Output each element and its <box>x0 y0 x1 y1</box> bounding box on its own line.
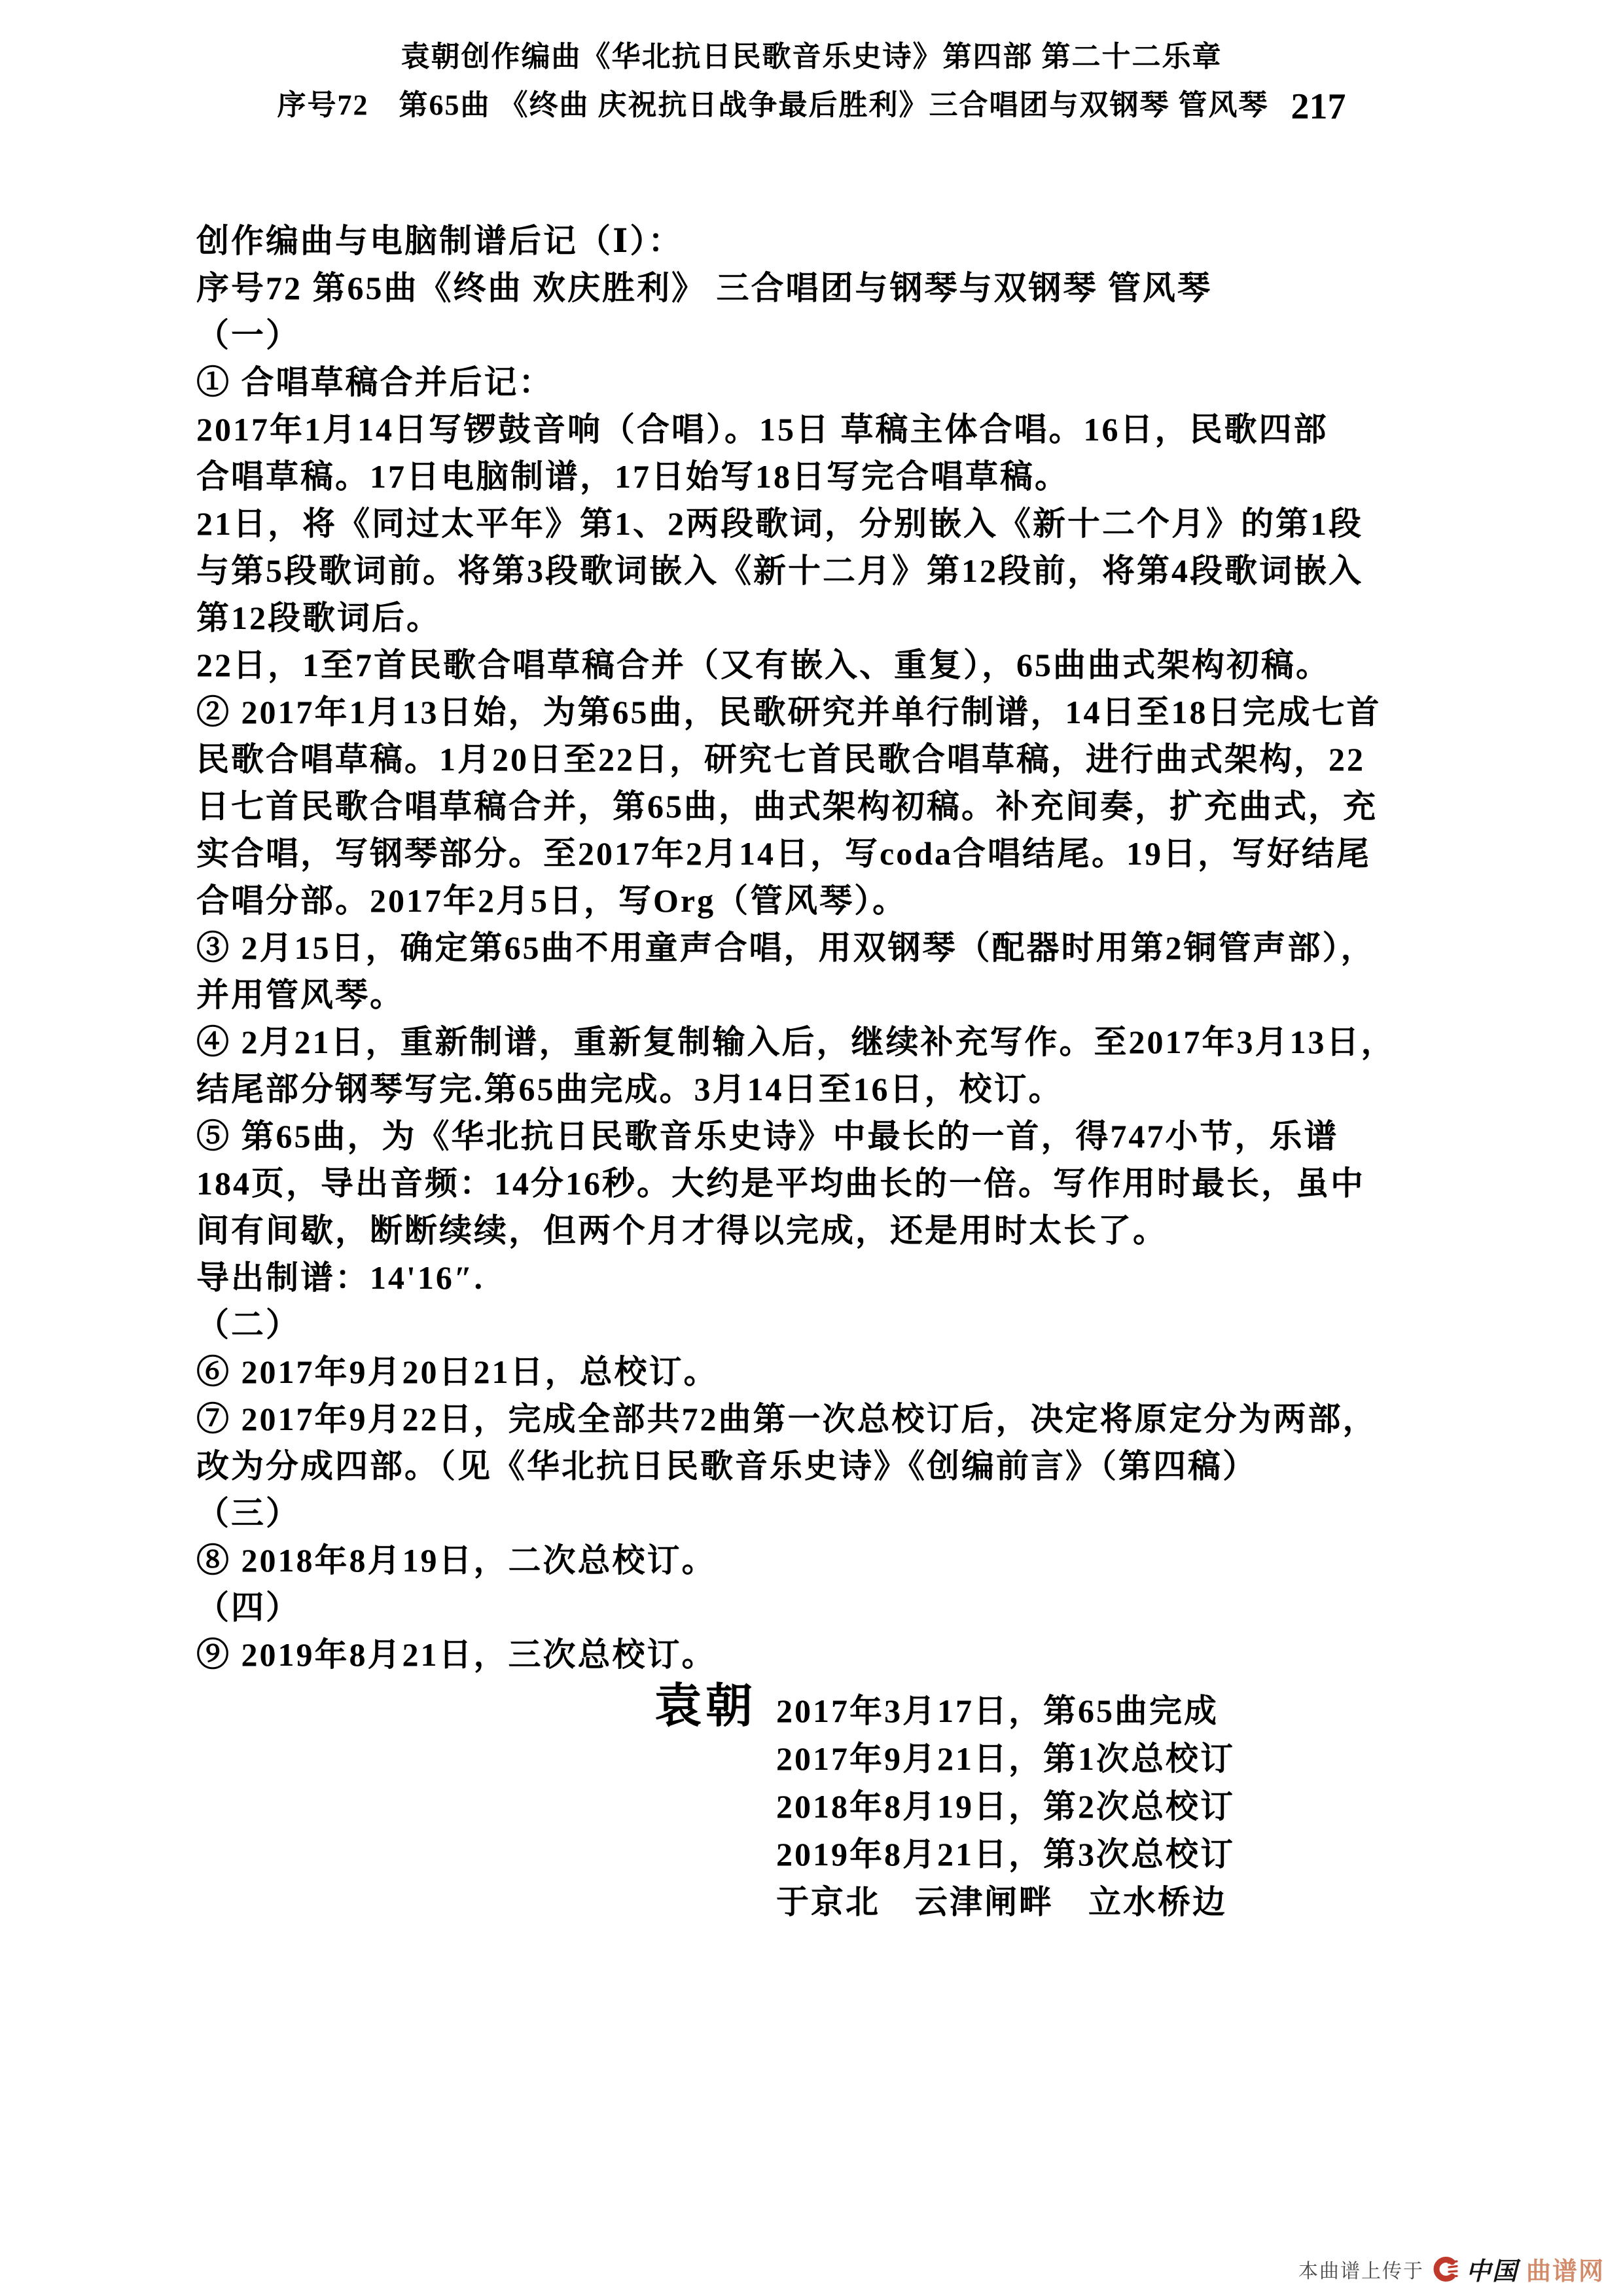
body-text-line: （三） <box>196 1490 1538 1537</box>
body-text-line: （四） <box>196 1584 1538 1631</box>
body-text-line: 结尾部分钢琴写完.第65曲完成。3月14日至16日，校订。 <box>196 1066 1538 1113</box>
page-header: 袁朝创作编曲《华北抗日民歌音乐史诗》第四部 第二十二乐章 序号72 第65曲 《… <box>0 33 1623 124</box>
signature-block: 袁朝 2017年3月17日，第65曲完成2017年9月21日，第1次总校订201… <box>654 1668 1235 1926</box>
postscript-body-text: 创作编曲与电脑制谱后记（Ⅰ）：序号72 第65曲《终曲 欢庆胜利》 三合唱团与钢… <box>196 217 1538 1678</box>
body-text-line: 合唱草稿。17日电脑制谱，17日始写18日写完合唱草稿。 <box>196 453 1538 500</box>
body-text-line: ③ 2月15日，确定第65曲不用童声合唱，用双钢琴（配器时用第2铜管声部）， <box>196 924 1538 971</box>
signature-date-line: 2017年3月17日，第65曲完成 <box>776 1687 1235 1735</box>
brand-name-qupuwang: 曲谱网 <box>1526 2251 1605 2287</box>
watermark-upload-text: 本曲谱上传于 <box>1298 2255 1424 2284</box>
body-text-line: ② 2017年1月13日始，为第65曲，民歌研究并单行制谱，14日至18日完成七… <box>196 689 1538 736</box>
signature-date-line: 2018年8月19日，第2次总校订 <box>776 1783 1235 1831</box>
signature-date-line: 于京北 云津闸畔 立水桥边 <box>776 1878 1235 1926</box>
body-text-line: 创作编曲与电脑制谱后记（Ⅰ）： <box>196 217 1538 264</box>
body-text-line: 民歌合唱草稿。1月20日至22日，研究七首民歌合唱草稿，进行曲式架构，22 <box>196 736 1538 783</box>
header-title-line2: 序号72 第65曲 《终曲 庆祝抗日战争最后胜利》三合唱团与双钢琴 管风琴 <box>277 81 1269 123</box>
body-text-line: 日七首民歌合唱草稿合并，第65曲，曲式架构初稿。补充间奏，扩充曲式，充 <box>196 783 1538 830</box>
body-text-line: 改为分成四部。（见《华北抗日民歌音乐史诗》《创编前言》（第四稿） <box>196 1443 1538 1490</box>
header-title-line1: 袁朝创作编曲《华北抗日民歌音乐史诗》第四部 第二十二乐章 <box>0 33 1623 75</box>
body-text-line: （一） <box>196 312 1538 359</box>
body-text-line: ⑦ 2017年9月22日，完成全部共72曲第一次总校订后，决定将原定分为两部， <box>196 1395 1538 1443</box>
body-text-line: ⑧ 2018年8月19日，二次总校订。 <box>196 1537 1538 1584</box>
body-text-line: 间有间歇，断断续续，但两个月才得以完成，还是用时太长了。 <box>196 1207 1538 1254</box>
page-number: 217 <box>1291 86 1346 128</box>
site-watermark: 本曲谱上传于 中国 曲谱网 <box>1298 2251 1605 2287</box>
header-title-row: 序号72 第65曲 《终曲 庆祝抗日战争最后胜利》三合唱团与双钢琴 管风琴 21… <box>0 81 1623 124</box>
signature-date-line: 2017年9月21日，第1次总校订 <box>776 1735 1235 1783</box>
body-text-line: 导出制谱：14'16″. <box>196 1254 1538 1301</box>
body-text-line: 序号72 第65曲《终曲 欢庆胜利》 三合唱团与钢琴与双钢琴 管风琴 <box>196 264 1538 312</box>
body-text-line: 实合唱，写钢琴部分。至2017年2月14日，写coda合唱结尾。19日，写好结尾 <box>196 830 1538 877</box>
body-text-line: （二） <box>196 1301 1538 1348</box>
body-text-line: 184页，导出音频：14分16秒。大约是平均曲长的一倍。写作用时最长，虽中 <box>196 1160 1538 1207</box>
music-note-logo-icon <box>1432 2256 1458 2282</box>
body-text-line: 第12段歌词后。 <box>196 594 1538 641</box>
body-text-line: 2017年1月14日写锣鼓音响（合唱）。15日 草稿主体合唱。16日，民歌四部 <box>196 406 1538 453</box>
body-text-line: ④ 2月21日，重新制谱，重新复制输入后，继续补充写作。至2017年3月13日， <box>196 1018 1538 1066</box>
composer-signature-name: 袁朝 <box>654 1668 757 1736</box>
brand-name-china: 中国 <box>1466 2251 1518 2287</box>
body-text-line: 合唱分部。2017年2月5日，写Org（管风琴）。 <box>196 877 1538 924</box>
body-text-line: 22日，1至7首民歌合唱草稿合并（又有嵌入、重复），65曲曲式架构初稿。 <box>196 641 1538 689</box>
body-text-line: ① 合唱草稿合并后记： <box>196 359 1538 406</box>
score-postscript-page: 袁朝创作编曲《华北抗日民歌音乐史诗》第四部 第二十二乐章 序号72 第65曲 《… <box>0 0 1623 2296</box>
signature-date-line: 2019年8月21日，第3次总校订 <box>776 1831 1235 1878</box>
body-text-line: ⑥ 2017年9月20日21日，总校订。 <box>196 1348 1538 1395</box>
body-text-line: 与第5段歌词前。将第3段歌词嵌入《新十二月》第12段前，将第4段歌词嵌入 <box>196 547 1538 594</box>
body-text-line: 21日，将《同过太平年》第1、2两段歌词，分别嵌入《新十二个月》的第1段 <box>196 500 1538 547</box>
body-text-line: 并用管风琴。 <box>196 971 1538 1018</box>
body-text-line: ⑤ 第65曲，为《华北抗日民歌音乐史诗》中最长的一首，得747小节，乐谱 <box>196 1113 1538 1160</box>
signature-date-lines: 2017年3月17日，第65曲完成2017年9月21日，第1次总校订2018年8… <box>776 1687 1235 1926</box>
